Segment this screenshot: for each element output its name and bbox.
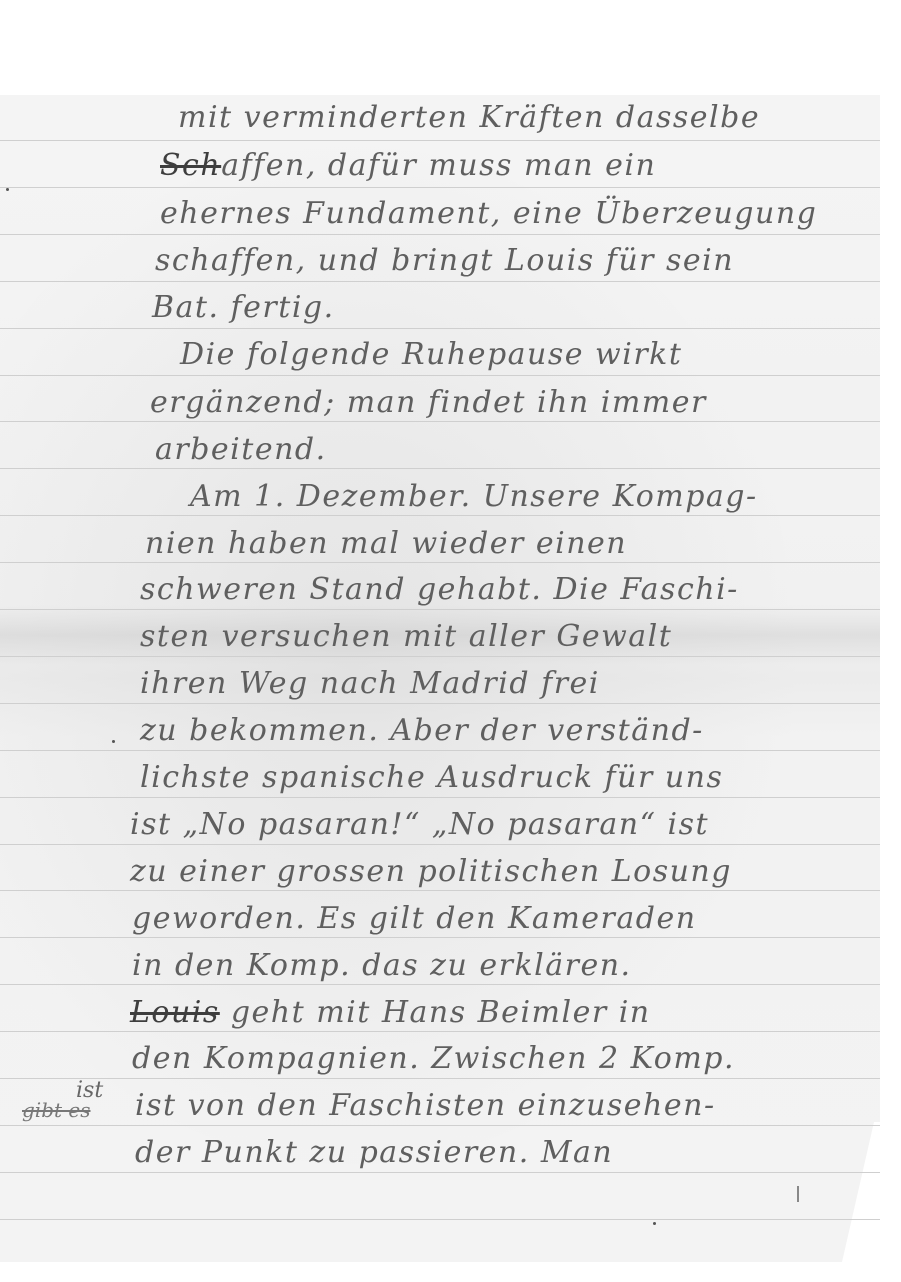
text-line-3: ehernes Fundament, eine Überzeugung xyxy=(160,194,817,240)
text-line-7: ergänzend; man findet ihn immer xyxy=(150,383,707,429)
text-line-17: zu einer grossen politischen Losung xyxy=(130,852,732,898)
text-line-21: den Kompagnien. Zwischen 2 Komp. xyxy=(132,1039,735,1085)
struck-word: Louis xyxy=(130,995,220,1030)
ruled-line xyxy=(0,328,880,329)
ink-speck xyxy=(6,188,9,191)
text-line-9: Am 1. Dezember. Unsere Kompag- xyxy=(190,477,758,523)
ink-stroke xyxy=(797,1186,799,1202)
text-line-1: mit verminderten Kräften dasselbe xyxy=(178,98,760,144)
text-line-19: in den Komp. das zu erklären. xyxy=(132,946,632,992)
margin-inserted-text: ist xyxy=(76,1078,103,1103)
text-line-16: ist „No pasaran!“ „No pasaran“ ist xyxy=(130,805,709,851)
ink-speck xyxy=(112,740,115,743)
text-line-14: zu bekommen. Aber der verständ- xyxy=(140,711,704,757)
text-line-23: der Punkt zu passieren. Man xyxy=(135,1133,613,1179)
ruled-line xyxy=(0,1219,880,1220)
text-line-11: schweren Stand gehabt. Die Faschi- xyxy=(140,570,739,616)
text-line-2: Schaffen, dafür muss man ein xyxy=(160,146,656,192)
text-line-12: sten versuchen mit aller Gewalt xyxy=(140,617,672,663)
text-line-20: Louis geht mit Hans Beimler in xyxy=(130,993,651,1039)
struck-word: Sch xyxy=(160,148,221,183)
text-line-5: Bat. fertig. xyxy=(152,288,335,334)
margin-correction: gibt es ist xyxy=(22,1098,91,1122)
text-line-4: schaffen, und bringt Louis für sein xyxy=(155,241,734,287)
ruled-line xyxy=(0,468,880,469)
text-line-15: lichste spanische Ausdruck für uns xyxy=(140,758,723,804)
text-line-6: Die folgende Ruhepause wirkt xyxy=(180,335,682,381)
text-line-13: ihren Weg nach Madrid frei xyxy=(140,664,600,710)
text-line-22: ist von den Faschisten einzusehen- xyxy=(135,1086,716,1132)
ink-speck xyxy=(653,1222,656,1225)
text-line-10: nien haben mal wieder einen xyxy=(145,524,627,570)
text-line-18: geworden. Es gilt den Kameraden xyxy=(132,899,697,945)
text-line-8: arbeitend. xyxy=(155,430,327,476)
